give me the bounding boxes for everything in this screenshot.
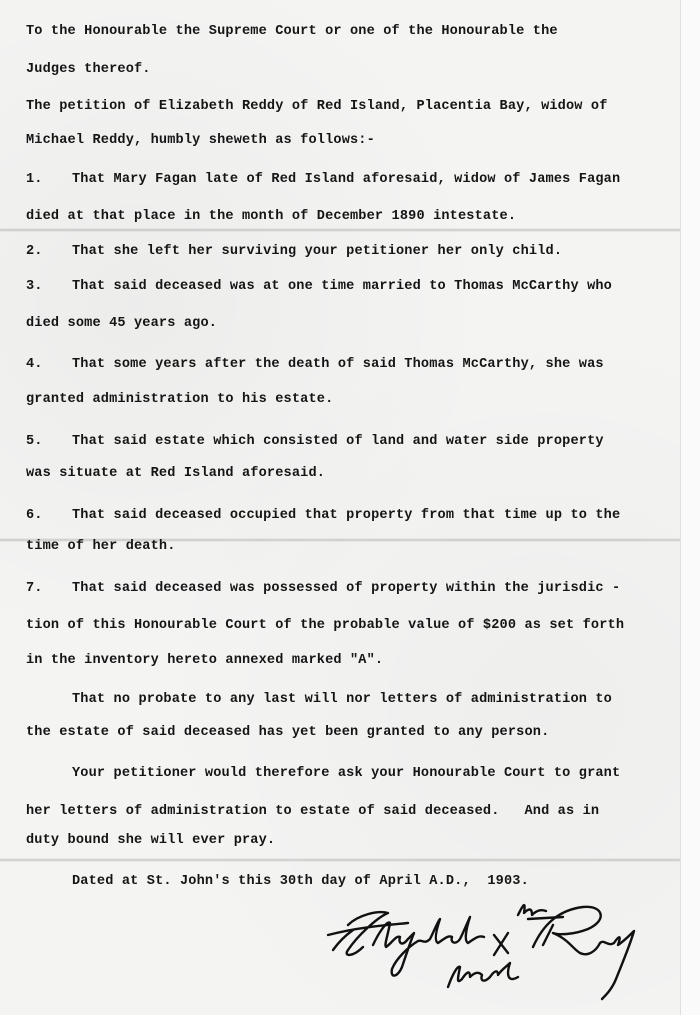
paragraph-number: 1. bbox=[26, 172, 72, 187]
paragraph-number: 5. bbox=[26, 434, 72, 449]
paragraph-1-line-1: 1.That Mary Fagan late of Red Island afo… bbox=[26, 172, 620, 187]
paragraph-number: 6. bbox=[26, 508, 72, 523]
no-probate-line-2: the estate of said deceased has yet been… bbox=[26, 725, 549, 740]
paragraph-1-line-2: died at that place in the month of Decem… bbox=[26, 209, 516, 224]
paragraph-3-line-2: died some 45 years ago. bbox=[26, 316, 217, 331]
dated-line: Dated at St. John's this 30th day of Apr… bbox=[26, 874, 529, 889]
address-line-2: Judges thereof. bbox=[26, 62, 151, 77]
paragraph-6-line-2: time of her death. bbox=[26, 539, 176, 554]
paragraph-4-line-2: granted administration to his estate. bbox=[26, 392, 333, 407]
address-line-1: To the Honourable the Supreme Court or o… bbox=[26, 24, 558, 39]
paragraph-number: 3. bbox=[26, 279, 72, 294]
handwritten-signature bbox=[318, 895, 648, 1005]
fold-crease bbox=[0, 228, 680, 232]
intro-line-1: The petition of Elizabeth Reddy of Red I… bbox=[26, 99, 608, 114]
paragraph-3-line-1: 3.That said deceased was at one time mar… bbox=[26, 279, 612, 294]
paragraph-number: 4. bbox=[26, 357, 72, 372]
paragraph-2-line-1: 2.That she left her surviving your petit… bbox=[26, 244, 562, 259]
paragraph-7-line-2: tion of this Honourable Court of the pro… bbox=[26, 618, 624, 633]
prayer-line-2: her letters of administration to estate … bbox=[26, 804, 599, 819]
paragraph-5-line-1: 5.That said estate which consisted of la… bbox=[26, 434, 604, 449]
page-margin bbox=[680, 0, 700, 1015]
paragraph-7-line-1: 7.That said deceased was possessed of pr… bbox=[26, 581, 620, 596]
no-probate-line-1: That no probate to any last will nor let… bbox=[26, 692, 612, 707]
paragraph-5-line-2: was situate at Red Island aforesaid. bbox=[26, 466, 325, 481]
paragraph-4-line-1: 4.That some years after the death of sai… bbox=[26, 357, 604, 372]
prayer-line-3: duty bound she will ever pray. bbox=[26, 833, 275, 848]
intro-line-2: Michael Reddy, humbly sheweth as follows… bbox=[26, 133, 375, 148]
signature-mark bbox=[318, 895, 648, 1005]
paragraph-6-line-1: 6.That said deceased occupied that prope… bbox=[26, 508, 620, 523]
paragraph-number: 7. bbox=[26, 581, 72, 596]
fold-crease bbox=[0, 858, 680, 862]
petition-page: To the Honourable the Supreme Court or o… bbox=[0, 0, 680, 1015]
paragraph-number: 2. bbox=[26, 244, 72, 259]
paragraph-7-line-3: in the inventory hereto annexed marked "… bbox=[26, 653, 383, 668]
prayer-line-1: Your petitioner would therefore ask your… bbox=[26, 766, 620, 781]
